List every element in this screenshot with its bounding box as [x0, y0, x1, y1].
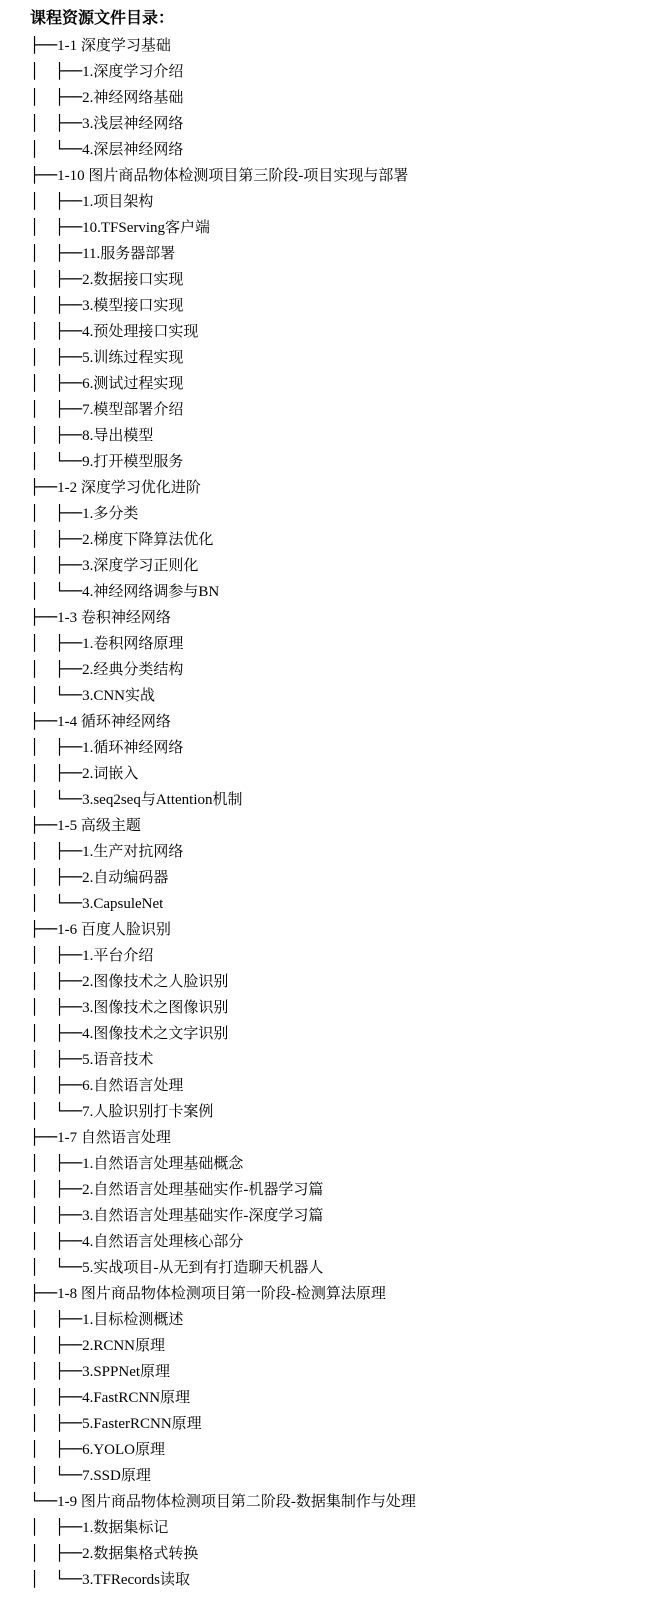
tree-branch-glyph: ├──: [55, 868, 82, 886]
tree-branch-glyph: ├──: [55, 998, 82, 1016]
tree-branch-glyph: ├──: [55, 244, 82, 262]
tree-row: │└──3.seq2seq与Attention机制: [30, 786, 640, 812]
tree-branch-glyph: ├──: [55, 88, 82, 106]
tree-row: │├──2.数据集格式转换: [30, 1540, 640, 1566]
item-label: 2.数据集格式转换: [82, 1546, 198, 1562]
tree-row: │└──7.SSD原理: [30, 1462, 640, 1488]
tree-row: │├──5.语音技术: [30, 1046, 640, 1072]
item-label: 4.预处理接口实现: [82, 324, 198, 340]
tree-row: │├──2.RCNN原理: [30, 1332, 640, 1358]
directory-tree: ├──1-1 深度学习基础│├──1.深度学习介绍│├──2.神经网络基础│├─…: [30, 32, 640, 1592]
tree-branch-glyph: ├──: [55, 1440, 82, 1458]
tree-pipe-glyph: │: [30, 292, 55, 318]
item-label: 7.人脸识别打卡案例: [82, 1104, 213, 1120]
tree-row: │├──2.数据接口实现: [30, 266, 640, 292]
tree-branch-glyph: └──: [55, 452, 82, 470]
section-label: 1-4 循环神经网络: [57, 714, 171, 730]
tree-row: │├──2.经典分类结构: [30, 656, 640, 682]
tree-row: ├──1-1 深度学习基础: [30, 32, 640, 58]
item-label: 11.服务器部署: [82, 246, 175, 262]
tree-row: ├──1-3 卷积神经网络: [30, 604, 640, 630]
tree-branch-glyph: └──: [55, 686, 82, 704]
tree-branch-glyph: └──: [55, 790, 82, 808]
item-label: 3.自然语言处理基础实作-深度学习篇: [82, 1208, 323, 1224]
item-label: 2.神经网络基础: [82, 90, 183, 106]
tree-pipe-glyph: │: [30, 1150, 55, 1176]
tree-row: │├──5.训练过程实现: [30, 344, 640, 370]
tree-row: │└──4.深层神经网络: [30, 136, 640, 162]
tree-pipe-glyph: │: [30, 994, 55, 1020]
tree-row: │├──1.生产对抗网络: [30, 838, 640, 864]
tree-branch-glyph: ├──: [55, 270, 82, 288]
tree-row: │├──3.SPPNet原理: [30, 1358, 640, 1384]
item-label: 10.TFServing客户端: [82, 220, 210, 236]
item-label: 2.词嵌入: [82, 766, 138, 782]
tree-row: │└──4.神经网络调参与BN: [30, 578, 640, 604]
item-label: 3.CapsuleNet: [82, 896, 163, 912]
tree-row: │└──5.实战项目-从无到有打造聊天机器人: [30, 1254, 640, 1280]
tree-pipe-glyph: │: [30, 84, 55, 110]
tree-branch-glyph: ├──: [30, 36, 57, 54]
tree-pipe-glyph: │: [30, 1176, 55, 1202]
tree-row: │├──1.深度学习介绍: [30, 58, 640, 84]
section-label: 1-2 深度学习优化进阶: [57, 480, 201, 496]
tree-row: ├──1-8 图片商品物体检测项目第一阶段-检测算法原理: [30, 1280, 640, 1306]
tree-row: │├──2.词嵌入: [30, 760, 640, 786]
tree-branch-glyph: ├──: [55, 738, 82, 756]
tree-branch-glyph: ├──: [55, 1518, 82, 1536]
tree-branch-glyph: ├──: [55, 634, 82, 652]
tree-branch-glyph: ├──: [55, 322, 82, 340]
tree-row: │├──3.深度学习正则化: [30, 552, 640, 578]
tree-pipe-glyph: │: [30, 1566, 55, 1592]
item-label: 3.TFRecords读取: [82, 1572, 190, 1588]
tree-pipe-glyph: │: [30, 500, 55, 526]
item-label: 2.自动编码器: [82, 870, 168, 886]
tree-pipe-glyph: │: [30, 214, 55, 240]
item-label: 4.深层神经网络: [82, 142, 183, 158]
item-label: 6.YOLO原理: [82, 1442, 165, 1458]
tree-pipe-glyph: │: [30, 58, 55, 84]
tree-pipe-glyph: │: [30, 1462, 55, 1488]
tree-pipe-glyph: │: [30, 188, 55, 214]
tree-branch-glyph: └──: [55, 894, 82, 912]
tree-branch-glyph: ├──: [55, 62, 82, 80]
item-label: 4.自然语言处理核心部分: [82, 1234, 243, 1250]
tree-row: │├──5.FasterRCNN原理: [30, 1410, 640, 1436]
tree-pipe-glyph: │: [30, 1436, 55, 1462]
tree-pipe-glyph: │: [30, 526, 55, 552]
tree-pipe-glyph: │: [30, 1358, 55, 1384]
tree-row: ├──1-5 高级主题: [30, 812, 640, 838]
item-label: 1.生产对抗网络: [82, 844, 183, 860]
section-label: 1-1 深度学习基础: [57, 38, 171, 54]
tree-branch-glyph: ├──: [55, 1154, 82, 1172]
tree-row: │├──11.服务器部署: [30, 240, 640, 266]
tree-branch-glyph: ├──: [55, 504, 82, 522]
tree-branch-glyph: └──: [55, 582, 82, 600]
tree-branch-glyph: ├──: [55, 400, 82, 418]
tree-branch-glyph: ├──: [30, 1284, 57, 1302]
tree-branch-glyph: ├──: [55, 192, 82, 210]
tree-branch-glyph: ├──: [30, 1128, 57, 1146]
tree-pipe-glyph: │: [30, 1384, 55, 1410]
tree-row: │├──6.YOLO原理: [30, 1436, 640, 1462]
section-label: 1-8 图片商品物体检测项目第一阶段-检测算法原理: [57, 1286, 386, 1302]
tree-branch-glyph: ├──: [30, 166, 57, 184]
item-label: 3.seq2seq与Attention机制: [82, 792, 242, 808]
tree-row: │├──2.自然语言处理基础实作-机器学习篇: [30, 1176, 640, 1202]
tree-pipe-glyph: │: [30, 1514, 55, 1540]
tree-pipe-glyph: │: [30, 266, 55, 292]
item-label: 1.循环神经网络: [82, 740, 183, 756]
item-label: 2.经典分类结构: [82, 662, 183, 678]
item-label: 1.多分类: [82, 506, 138, 522]
tree-row: │├──3.图像技术之图像识别: [30, 994, 640, 1020]
tree-branch-glyph: ├──: [55, 1232, 82, 1250]
tree-pipe-glyph: │: [30, 578, 55, 604]
tree-branch-glyph: ├──: [55, 348, 82, 366]
item-label: 3.浅层神经网络: [82, 116, 183, 132]
tree-branch-glyph: ├──: [30, 712, 57, 730]
tree-row: │├──1.目标检测概述: [30, 1306, 640, 1332]
page-title: 课程资源文件目录：: [30, 6, 640, 32]
tree-pipe-glyph: │: [30, 1072, 55, 1098]
tree-branch-glyph: ├──: [55, 1388, 82, 1406]
tree-pipe-glyph: │: [30, 1228, 55, 1254]
tree-pipe-glyph: │: [30, 1540, 55, 1566]
tree-row: │├──4.FastRCNN原理: [30, 1384, 640, 1410]
tree-branch-glyph: ├──: [55, 1206, 82, 1224]
tree-branch-glyph: ├──: [55, 1362, 82, 1380]
tree-pipe-glyph: │: [30, 1410, 55, 1436]
section-label: 1-5 高级主题: [57, 818, 141, 834]
tree-pipe-glyph: │: [30, 968, 55, 994]
tree-branch-glyph: └──: [55, 140, 82, 158]
tree-pipe-glyph: │: [30, 890, 55, 916]
tree-branch-glyph: └──: [55, 1102, 82, 1120]
item-label: 1.平台介绍: [82, 948, 153, 964]
tree-row: │├──1.平台介绍: [30, 942, 640, 968]
tree-branch-glyph: ├──: [55, 296, 82, 314]
tree-row: │├──3.浅层神经网络: [30, 110, 640, 136]
tree-branch-glyph: └──: [55, 1258, 82, 1276]
item-label: 2.自然语言处理基础实作-机器学习篇: [82, 1182, 323, 1198]
tree-branch-glyph: ├──: [55, 764, 82, 782]
tree-row: │├──1.卷积网络原理: [30, 630, 640, 656]
tree-row: │├──2.自动编码器: [30, 864, 640, 890]
tree-row: │├──1.数据集标记: [30, 1514, 640, 1540]
tree-branch-glyph: ├──: [55, 842, 82, 860]
tree-row: │├──10.TFServing客户端: [30, 214, 640, 240]
tree-pipe-glyph: │: [30, 240, 55, 266]
tree-pipe-glyph: │: [30, 136, 55, 162]
tree-branch-glyph: ├──: [55, 556, 82, 574]
item-label: 1.自然语言处理基础概念: [82, 1156, 243, 1172]
tree-pipe-glyph: │: [30, 1332, 55, 1358]
tree-row: │├──3.自然语言处理基础实作-深度学习篇: [30, 1202, 640, 1228]
tree-row: ├──1-2 深度学习优化进阶: [30, 474, 640, 500]
tree-branch-glyph: ├──: [55, 1180, 82, 1198]
tree-pipe-glyph: │: [30, 110, 55, 136]
tree-pipe-glyph: │: [30, 1202, 55, 1228]
tree-row: │└──3.TFRecords读取: [30, 1566, 640, 1592]
tree-pipe-glyph: │: [30, 1254, 55, 1280]
tree-row: ├──1-4 循环神经网络: [30, 708, 640, 734]
tree-pipe-glyph: │: [30, 1046, 55, 1072]
tree-row: │├──1.多分类: [30, 500, 640, 526]
tree-pipe-glyph: │: [30, 942, 55, 968]
tree-pipe-glyph: │: [30, 630, 55, 656]
tree-row: │└──9.打开模型服务: [30, 448, 640, 474]
item-label: 2.梯度下降算法优化: [82, 532, 213, 548]
tree-row: │├──2.梯度下降算法优化: [30, 526, 640, 552]
item-label: 5.训练过程实现: [82, 350, 183, 366]
item-label: 3.SPPNet原理: [82, 1364, 170, 1380]
tree-branch-glyph: ├──: [55, 1076, 82, 1094]
tree-branch-glyph: ├──: [55, 1336, 82, 1354]
tree-row: │├──7.模型部署介绍: [30, 396, 640, 422]
tree-pipe-glyph: │: [30, 448, 55, 474]
tree-branch-glyph: └──: [30, 1492, 57, 1510]
item-label: 1.项目架构: [82, 194, 153, 210]
item-label: 7.模型部署介绍: [82, 402, 183, 418]
tree-row: │├──4.图像技术之文字识别: [30, 1020, 640, 1046]
tree-pipe-glyph: │: [30, 318, 55, 344]
tree-pipe-glyph: │: [30, 1306, 55, 1332]
item-label: 9.打开模型服务: [82, 454, 183, 470]
item-label: 6.自然语言处理: [82, 1078, 183, 1094]
tree-branch-glyph: ├──: [55, 114, 82, 132]
item-label: 6.测试过程实现: [82, 376, 183, 392]
tree-branch-glyph: ├──: [55, 1050, 82, 1068]
tree-branch-glyph: ├──: [55, 1414, 82, 1432]
tree-pipe-glyph: │: [30, 734, 55, 760]
tree-row: │├──2.图像技术之人脸识别: [30, 968, 640, 994]
tree-row: │└──3.CNN实战: [30, 682, 640, 708]
tree-branch-glyph: ├──: [55, 1310, 82, 1328]
tree-pipe-glyph: │: [30, 656, 55, 682]
tree-row: │├──6.自然语言处理: [30, 1072, 640, 1098]
course-directory-document: 课程资源文件目录： ├──1-1 深度学习基础│├──1.深度学习介绍│├──2…: [0, 0, 650, 1592]
tree-row: │└──3.CapsuleNet: [30, 890, 640, 916]
tree-row: └──1-9 图片商品物体检测项目第二阶段-数据集制作与处理: [30, 1488, 640, 1514]
item-label: 5.实战项目-从无到有打造聊天机器人: [82, 1260, 323, 1276]
item-label: 8.导出模型: [82, 428, 153, 444]
tree-row: ├──1-7 自然语言处理: [30, 1124, 640, 1150]
tree-pipe-glyph: │: [30, 344, 55, 370]
tree-pipe-glyph: │: [30, 682, 55, 708]
item-label: 3.模型接口实现: [82, 298, 183, 314]
tree-row: │├──4.自然语言处理核心部分: [30, 1228, 640, 1254]
tree-row: │├──8.导出模型: [30, 422, 640, 448]
section-label: 1-3 卷积神经网络: [57, 610, 171, 626]
item-label: 5.FasterRCNN原理: [82, 1416, 202, 1432]
item-label: 4.神经网络调参与BN: [82, 584, 219, 600]
item-label: 2.RCNN原理: [82, 1338, 165, 1354]
tree-row: │├──3.模型接口实现: [30, 292, 640, 318]
tree-pipe-glyph: │: [30, 552, 55, 578]
tree-pipe-glyph: │: [30, 422, 55, 448]
tree-pipe-glyph: │: [30, 864, 55, 890]
item-label: 3.CNN实战: [82, 688, 155, 704]
tree-pipe-glyph: │: [30, 760, 55, 786]
item-label: 1.卷积网络原理: [82, 636, 183, 652]
tree-pipe-glyph: │: [30, 396, 55, 422]
tree-pipe-glyph: │: [30, 1020, 55, 1046]
section-label: 1-7 自然语言处理: [57, 1130, 171, 1146]
tree-branch-glyph: ├──: [30, 478, 57, 496]
tree-branch-glyph: ├──: [55, 374, 82, 392]
item-label: 2.数据接口实现: [82, 272, 183, 288]
tree-row: │├──1.项目架构: [30, 188, 640, 214]
tree-branch-glyph: ├──: [55, 530, 82, 548]
tree-row: │└──7.人脸识别打卡案例: [30, 1098, 640, 1124]
tree-branch-glyph: ├──: [55, 426, 82, 444]
tree-pipe-glyph: │: [30, 786, 55, 812]
tree-branch-glyph: ├──: [30, 816, 57, 834]
tree-branch-glyph: ├──: [30, 920, 57, 938]
item-label: 3.深度学习正则化: [82, 558, 198, 574]
item-label: 5.语音技术: [82, 1052, 153, 1068]
tree-branch-glyph: └──: [55, 1570, 82, 1588]
item-label: 2.图像技术之人脸识别: [82, 974, 228, 990]
tree-pipe-glyph: │: [30, 1098, 55, 1124]
tree-branch-glyph: ├──: [55, 1544, 82, 1562]
item-label: 1.目标检测概述: [82, 1312, 183, 1328]
item-label: 3.图像技术之图像识别: [82, 1000, 228, 1016]
tree-branch-glyph: ├──: [55, 660, 82, 678]
section-label: 1-6 百度人脸识别: [57, 922, 171, 938]
item-label: 4.图像技术之文字识别: [82, 1026, 228, 1042]
tree-row: │├──6.测试过程实现: [30, 370, 640, 396]
tree-pipe-glyph: │: [30, 370, 55, 396]
tree-row: │├──1.自然语言处理基础概念: [30, 1150, 640, 1176]
tree-branch-glyph: └──: [55, 1466, 82, 1484]
tree-pipe-glyph: │: [30, 838, 55, 864]
tree-branch-glyph: ├──: [55, 972, 82, 990]
tree-branch-glyph: ├──: [55, 1024, 82, 1042]
section-label: 1-10 图片商品物体检测项目第三阶段-项目实现与部署: [57, 168, 408, 184]
section-label: 1-9 图片商品物体检测项目第二阶段-数据集制作与处理: [57, 1494, 416, 1510]
tree-branch-glyph: ├──: [55, 946, 82, 964]
tree-row: ├──1-6 百度人脸识别: [30, 916, 640, 942]
tree-row: │├──2.神经网络基础: [30, 84, 640, 110]
tree-row: │├──1.循环神经网络: [30, 734, 640, 760]
tree-row: │├──4.预处理接口实现: [30, 318, 640, 344]
item-label: 7.SSD原理: [82, 1468, 151, 1484]
tree-branch-glyph: ├──: [55, 218, 82, 236]
item-label: 1.数据集标记: [82, 1520, 168, 1536]
item-label: 1.深度学习介绍: [82, 64, 183, 80]
tree-row: ├──1-10 图片商品物体检测项目第三阶段-项目实现与部署: [30, 162, 640, 188]
tree-branch-glyph: ├──: [30, 608, 57, 626]
item-label: 4.FastRCNN原理: [82, 1390, 190, 1406]
